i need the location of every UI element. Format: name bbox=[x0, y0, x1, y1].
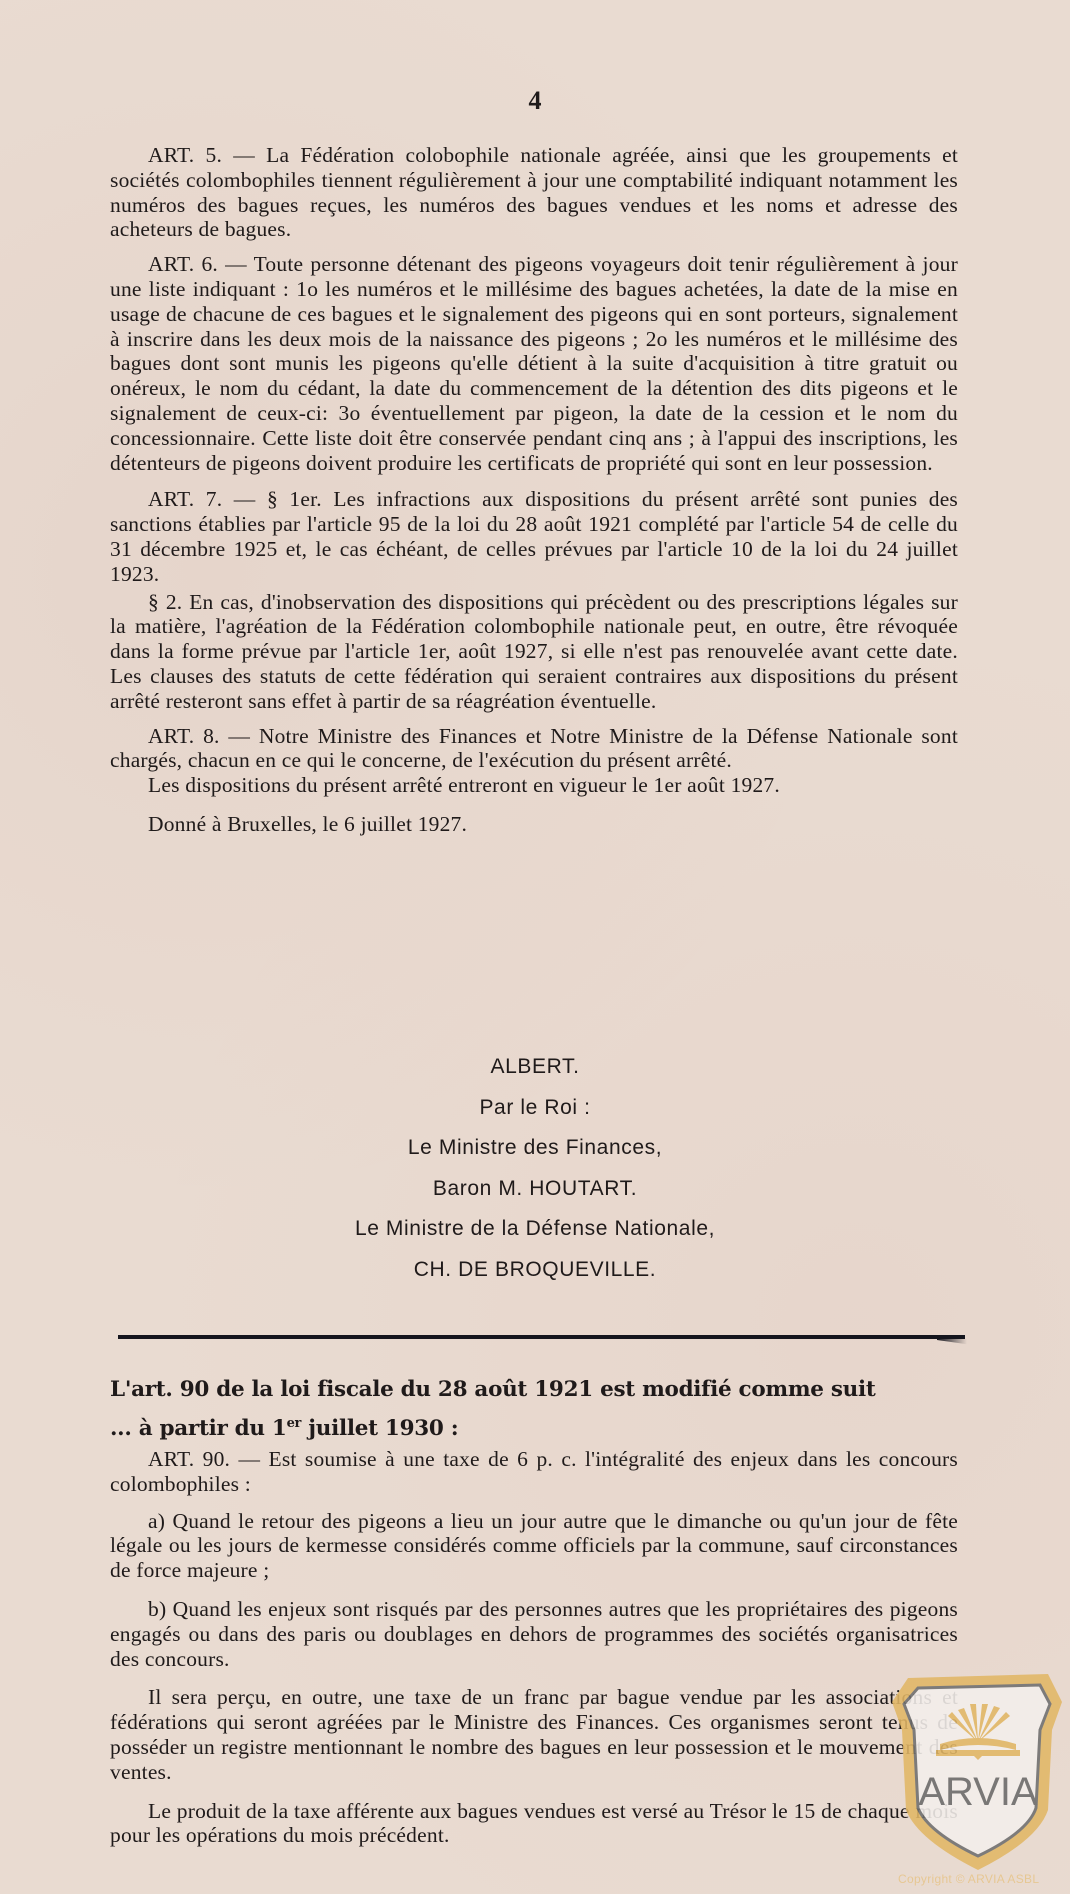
heading-line-2-start: ... à partir du 1 bbox=[110, 1416, 287, 1441]
article-7-paragraph-1: ART. 7. — § 1er. Les infractions aux dis… bbox=[110, 487, 958, 586]
article-5: ART. 5. — La Fédération colobophile nati… bbox=[110, 143, 958, 242]
heading-superscript: er bbox=[287, 1416, 302, 1431]
copyright-notice: Copyright © ARVIA ASBL bbox=[898, 1872, 1039, 1886]
signature-minister-defense-title: Le Ministre de la Défense Nationale, bbox=[0, 1209, 1070, 1250]
article-8-paragraph-2: Les dispositions du présent arrêté entre… bbox=[110, 773, 958, 798]
ring-tax-paragraph: Il sera perçu, en outre, une taxe de un … bbox=[110, 1685, 958, 1784]
amendment-body: ART. 90. — Est soumise à une taxe de 6 p… bbox=[110, 1447, 958, 1858]
article-90-item-a: a) Quand le retour des pigeons a lieu un… bbox=[110, 1509, 958, 1583]
article-8-paragraph-1: ART. 8. — Notre Ministre des Finances et… bbox=[110, 724, 958, 774]
article-90: ART. 90. — Est soumise à une taxe de 6 p… bbox=[110, 1447, 958, 1497]
article-7-paragraph-2: § 2. En cas, d'inobservation des disposi… bbox=[110, 590, 958, 714]
signature-by-king: Par le Roi : bbox=[0, 1088, 1070, 1129]
article-90-item-b: b) Quand les enjeux sont risqués par des… bbox=[110, 1597, 958, 1671]
section-divider bbox=[118, 1335, 965, 1339]
given-at-brussels: Donné à Bruxelles, le 6 juillet 1927. bbox=[110, 812, 958, 837]
logo-text: ARVIA bbox=[918, 1770, 1038, 1814]
signature-block: ALBERT. Par le Roi : Le Ministre des Fin… bbox=[0, 1047, 1070, 1290]
amendment-heading-line-1: L'art. 90 de la loi fiscale du 28 août 1… bbox=[110, 1373, 972, 1407]
arvia-shield-logo: ARVIA bbox=[888, 1660, 1068, 1880]
signature-minister-defense-name: CH. DE BROQUEVILLE. bbox=[0, 1250, 1070, 1291]
heading-line-2-end: juillet 1930 : bbox=[301, 1416, 458, 1441]
document-page: 4 ART. 5. — La Fédération colobophile na… bbox=[0, 0, 1070, 1894]
signature-minister-finance-title: Le Ministre des Finances, bbox=[0, 1128, 1070, 1169]
signature-minister-finance-name: Baron M. HOUTART. bbox=[0, 1169, 1070, 1210]
amendment-heading-line-2: ... à partir du 1er juillet 1930 : bbox=[110, 1407, 972, 1446]
proceeds-paragraph: Le produit de la taxe afférente aux bagu… bbox=[110, 1799, 958, 1849]
decree-articles: ART. 5. — La Fédération colobophile nati… bbox=[110, 143, 958, 847]
amendment-heading: L'art. 90 de la loi fiscale du 28 août 1… bbox=[110, 1373, 972, 1446]
article-6: ART. 6. — Toute personne détenant des pi… bbox=[110, 252, 958, 475]
signature-king: ALBERT. bbox=[0, 1047, 1070, 1088]
page-number: 4 bbox=[0, 86, 1070, 116]
